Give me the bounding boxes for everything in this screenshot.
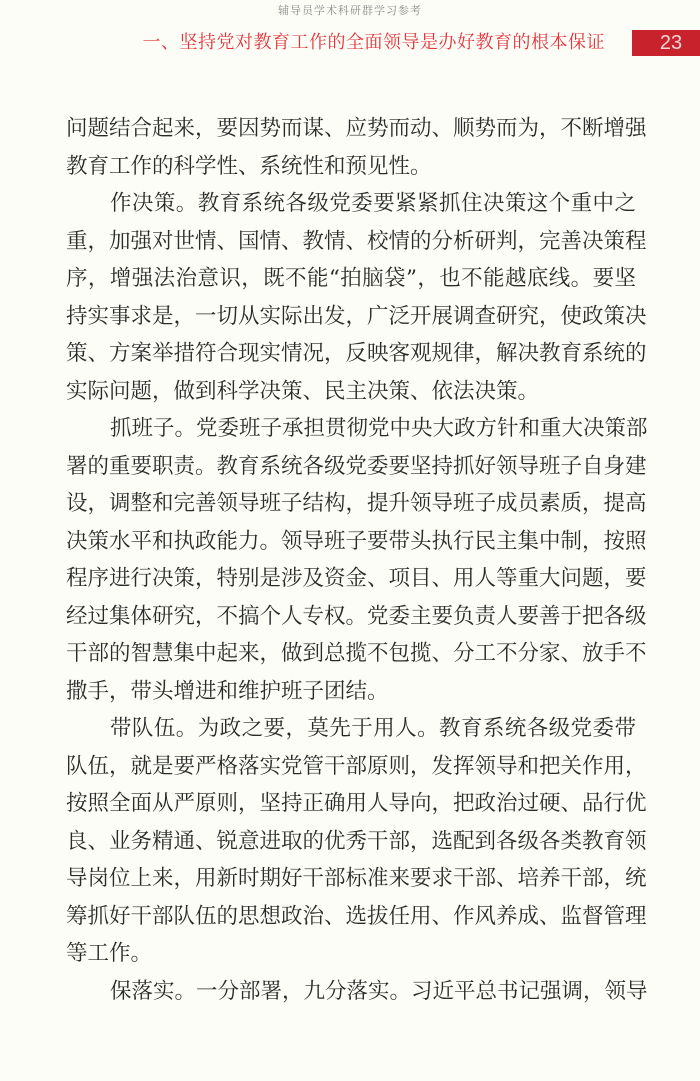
paragraph-start-line: 保落实。一分部署，九分落实。习近平总书记强调，领导 — [66, 973, 636, 1011]
text-line: 筹抓好干部队伍的思想政治、选拔任用、作风养成、监督管理 — [66, 898, 636, 936]
text-line: 署的重要职责。教育系统各级党委要坚持抓好领导班子自身建 — [66, 448, 636, 486]
body-text: 问题结合起来，要因势而谋、应势而动、顺势而为，不断增强 教育工作的科学性、系统性… — [66, 110, 636, 1010]
text-line: 设，调整和完善领导班子结构，提升领导班子成员素质，提高 — [66, 485, 636, 523]
text-line: 实际问题，做到科学决策、民主决策、依法决策。 — [66, 373, 636, 411]
text-line: 干部的智慧集中起来，做到总揽不包揽、分工不分家、放手不 — [66, 635, 636, 673]
text-line: 问题结合起来，要因势而谋、应势而动、顺势而为，不断增强 — [66, 110, 636, 148]
page-number-badge: 23 — [632, 30, 700, 56]
text-line: 序，增强法治意识，既不能“拍脑袋”，也不能越底线。要坚 — [66, 260, 636, 298]
text-line: 持实事求是，一切从实际出发，广泛开展调查研究，使政策决 — [66, 298, 636, 336]
page-number: 23 — [660, 32, 682, 54]
text-line: 程序进行决策，特别是涉及资金、项目、用人等重大问题，要 — [66, 560, 636, 598]
text-line: 经过集体研究，不搞个人专权。党委主要负责人要善于把各级 — [66, 598, 636, 636]
text-line: 撒手，带头增进和维护班子团结。 — [66, 673, 636, 711]
text-line: 教育工作的科学性、系统性和预见性。 — [66, 148, 636, 186]
text-line: 导岗位上来，用新时期好干部标准来要求干部、培养干部，统 — [66, 860, 636, 898]
text-line: 决策水平和执政能力。领导班子要带头执行民主集中制，按照 — [66, 523, 636, 561]
text-line: 策、方案举措符合现实情况，反映客观规律，解决教育系统的 — [66, 335, 636, 373]
paragraph-start-line: 作决策。教育系统各级党委要紧紧抓住决策这个重中之 — [66, 185, 636, 223]
page-top-note: 辅导员学术科研群学习参考 — [0, 2, 700, 18]
text-line: 队伍，就是要严格落实党管干部原则，发挥领导和把关作用， — [66, 748, 636, 786]
paragraph-start-line: 带队伍。为政之要，莫先于用人。教育系统各级党委带 — [66, 710, 636, 748]
text-line: 按照全面从严原则，坚持正确用人导向，把政治过硬、品行优 — [66, 785, 636, 823]
text-line: 等工作。 — [66, 935, 636, 973]
running-head-title: 一、坚持党对教育工作的全面领导是办好教育的根本保证 — [143, 30, 606, 56]
text-line: 良、业务精通、锐意进取的优秀干部，选配到各级各类教育领 — [66, 823, 636, 861]
text-line: 重，加强对世情、国情、教情、校情的分析研判，完善决策程 — [66, 223, 636, 261]
paragraph-start-line: 抓班子。党委班子承担贯彻党中央大政方针和重大决策部 — [66, 410, 636, 448]
